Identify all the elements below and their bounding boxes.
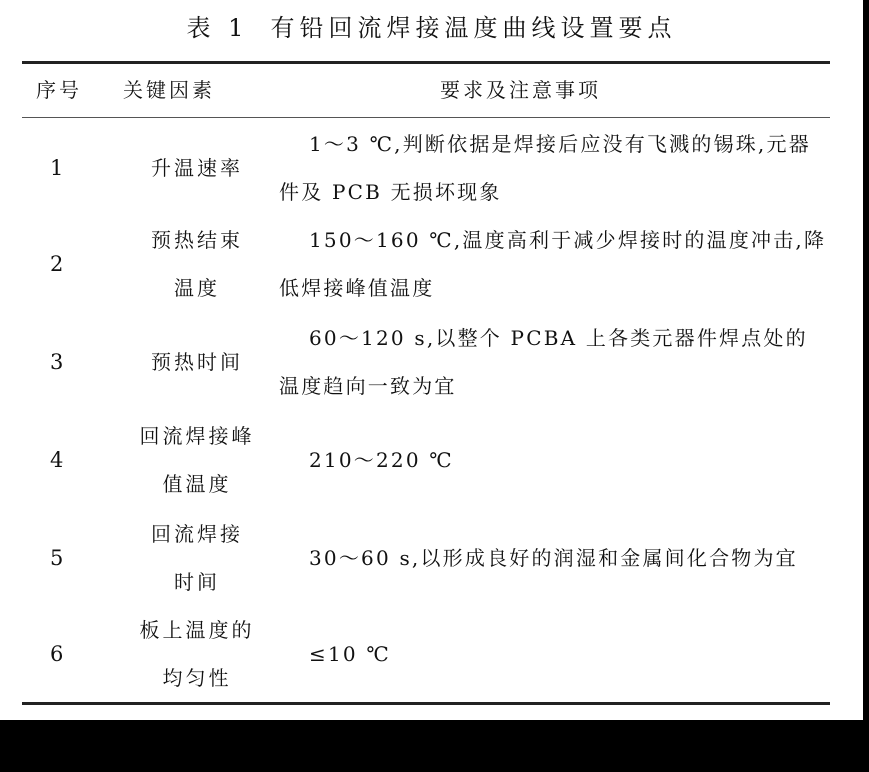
row-requirement: 1～3 ℃,判断依据是焊接后应没有飞溅的锡珠,元器件及 PCB 无损坏现象	[279, 120, 827, 216]
row-requirement: 150～160 ℃,温度高利于减少焊接时的温度冲击,降低焊接峰值温度	[279, 216, 827, 312]
table-top-rule	[22, 61, 830, 64]
row-requirement: 30～60 s,以形成良好的润湿和金属间化合物为宜	[279, 534, 827, 582]
row-number: 6	[50, 642, 80, 666]
row-number: 1	[50, 156, 80, 180]
requirement-text: 60～120 s,以整个 PCBA 上各类元器件焊点处的温度趋向一致为宜	[279, 326, 808, 398]
requirement-text: 30～60 s,以形成良好的润湿和金属间化合物为宜	[309, 546, 798, 570]
table-bottom-rule	[22, 702, 830, 705]
table-row: 6 板上温度的均匀性 ≤10 ℃	[22, 606, 830, 702]
table-number: 表 1	[187, 14, 249, 42]
document-page: 表 1有铅回流焊接温度曲线设置要点 序号 关键因素 要求及注意事项 1 升温速率…	[0, 0, 863, 720]
row-factor: 板上温度的均匀性	[132, 606, 262, 702]
row-number: 5	[50, 546, 80, 570]
row-requirement: 210～220 ℃	[279, 436, 827, 484]
table-header-rule	[22, 117, 830, 118]
header-requirements: 要求及注意事项	[440, 72, 601, 108]
header-key-factor: 关键因素	[123, 72, 215, 108]
row-requirement: 60～120 s,以整个 PCBA 上各类元器件焊点处的温度趋向一致为宜	[279, 314, 827, 410]
row-number: 2	[50, 252, 80, 276]
row-requirement: ≤10 ℃	[279, 630, 827, 678]
table-row: 5 回流焊接时间 30～60 s,以形成良好的润湿和金属间化合物为宜	[22, 510, 830, 606]
row-factor: 预热时间	[122, 338, 272, 386]
header-serial-number: 序号	[36, 72, 82, 108]
row-number: 4	[50, 448, 80, 472]
row-factor: 回流焊接峰值温度	[132, 412, 262, 508]
requirement-text: 150～160 ℃,温度高利于减少焊接时的温度冲击,降低焊接峰值温度	[279, 228, 826, 300]
row-factor: 升温速率	[122, 144, 272, 192]
row-factor: 回流焊接时间	[142, 510, 252, 606]
table-row: 4 回流焊接峰值温度 210～220 ℃	[22, 412, 830, 508]
table-caption: 表 1有铅回流焊接温度曲线设置要点	[0, 10, 863, 46]
requirement-text: 210～220 ℃	[309, 448, 454, 472]
table-title: 有铅回流焊接温度曲线设置要点	[270, 14, 676, 42]
row-number: 3	[50, 350, 80, 374]
row-factor: 预热结束温度	[142, 216, 252, 312]
requirement-text: ≤10 ℃	[309, 642, 391, 666]
requirement-text: 1～3 ℃,判断依据是焊接后应没有飞溅的锡珠,元器件及 PCB 无损坏现象	[279, 132, 811, 204]
table-row: 3 预热时间 60～120 s,以整个 PCBA 上各类元器件焊点处的温度趋向一…	[22, 314, 830, 410]
table-row: 2 预热结束温度 150～160 ℃,温度高利于减少焊接时的温度冲击,降低焊接峰…	[22, 216, 830, 312]
table-row: 1 升温速率 1～3 ℃,判断依据是焊接后应没有飞溅的锡珠,元器件及 PCB 无…	[22, 120, 830, 216]
